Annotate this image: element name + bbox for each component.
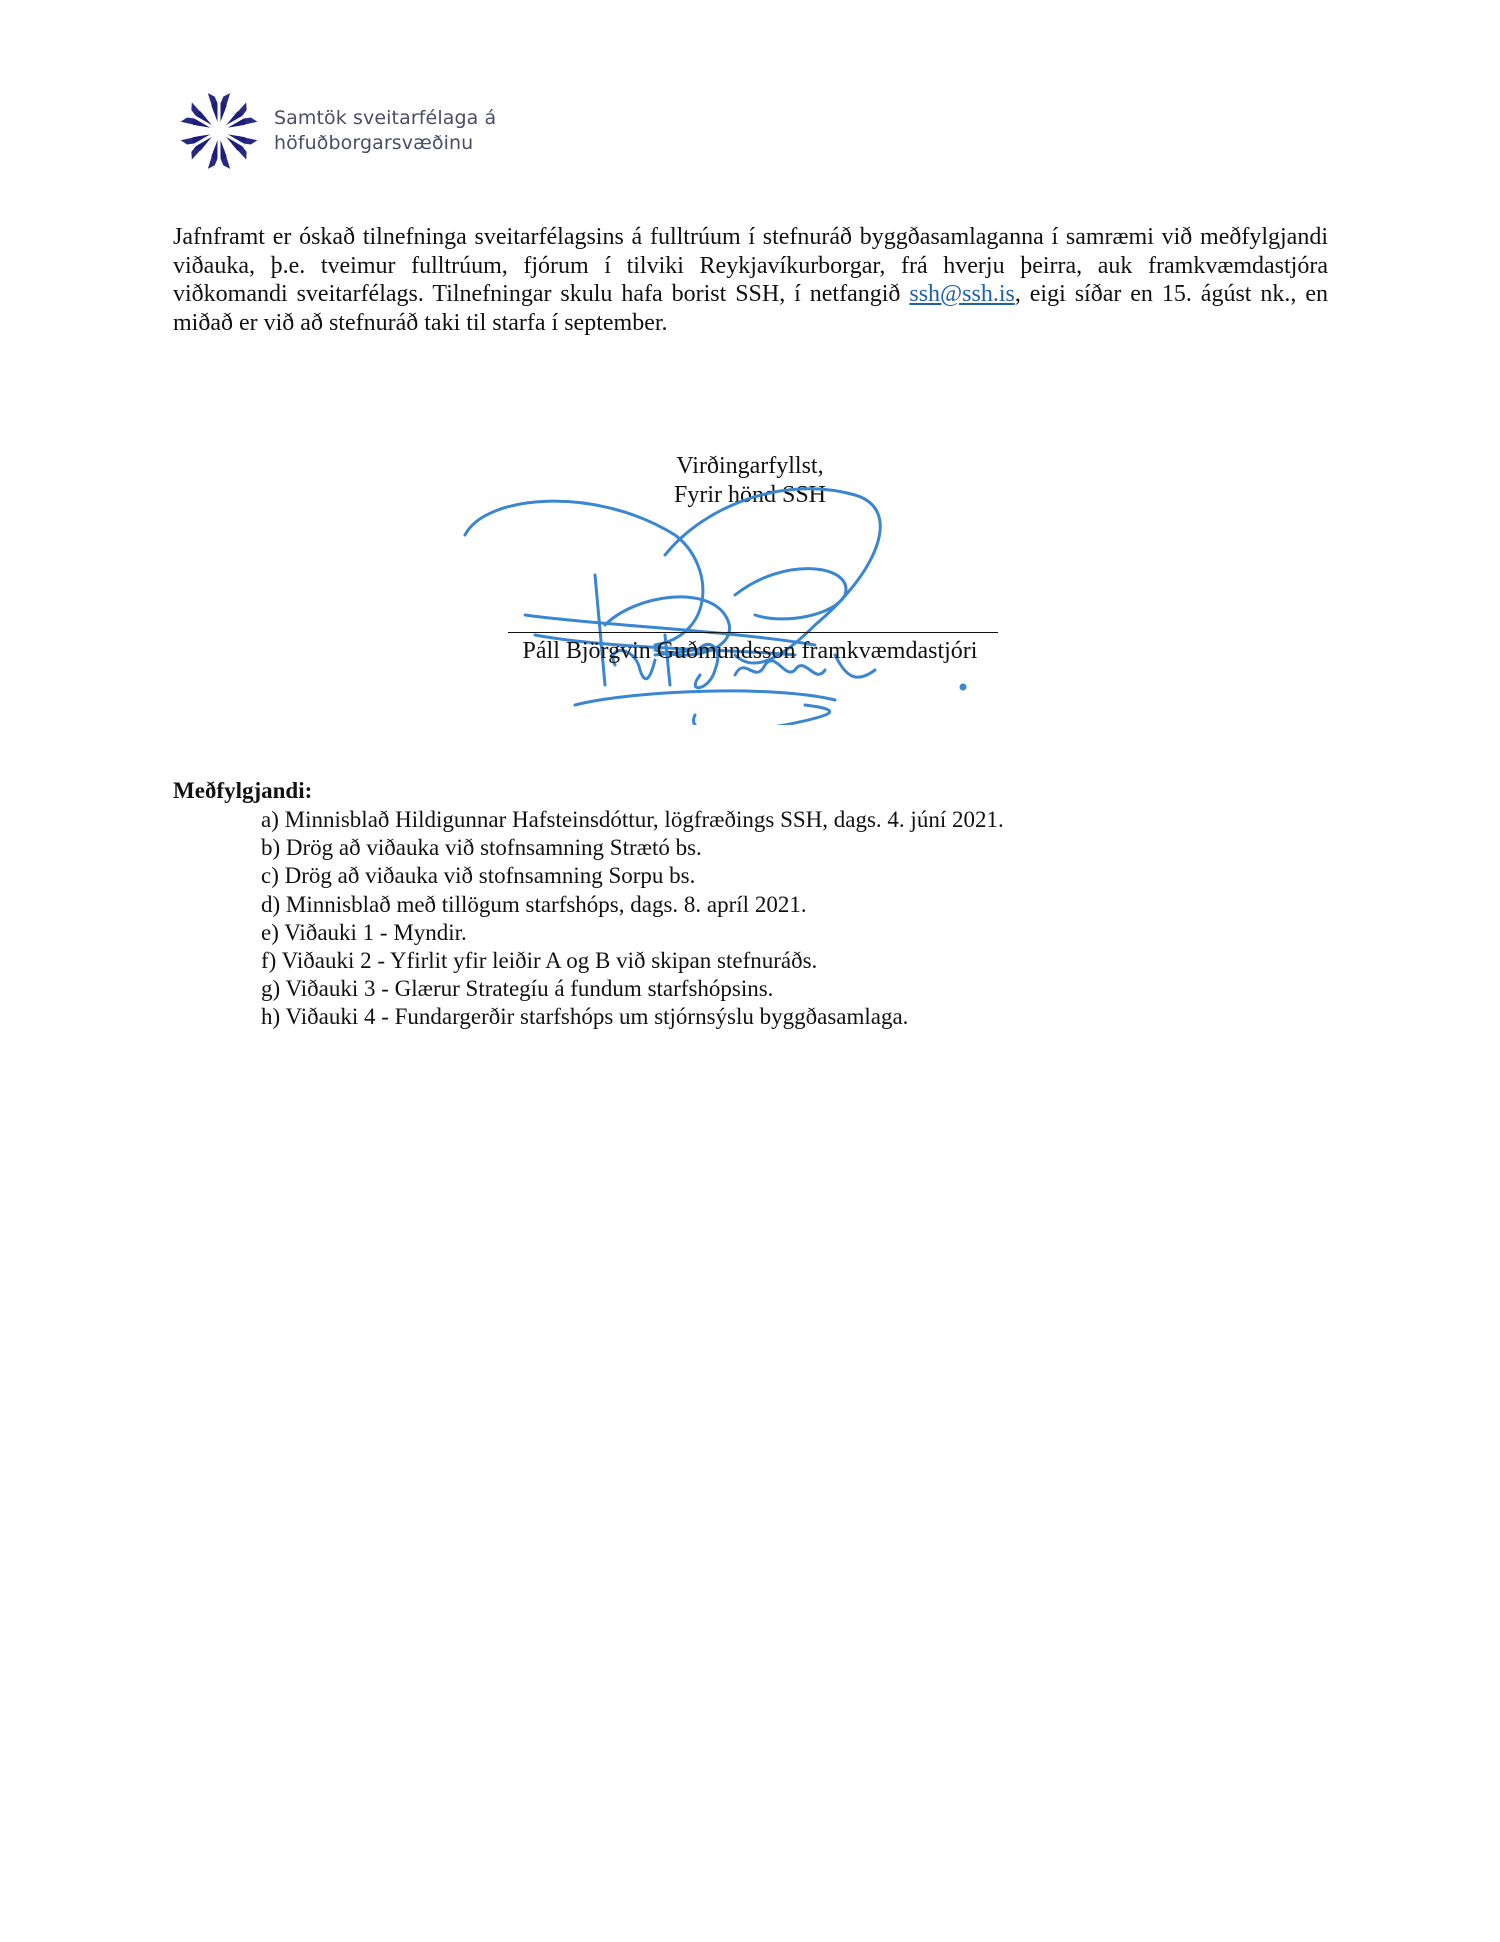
enclosure-item: b) Drög að viðauka við stofnsamning Stræ… xyxy=(261,834,1004,862)
enclosure-item: a) Minnisblað Hildigunnar Hafsteinsdóttu… xyxy=(261,806,1004,834)
signature-line xyxy=(508,632,998,633)
signatory-name: Páll Björgvin Guðmundsson framkvæmdastjó… xyxy=(0,637,1500,666)
logo-line-1: Samtök sveitarfélaga á xyxy=(274,106,496,131)
enclosures-title: Meðfylgjandi: xyxy=(173,778,312,804)
enclosures-list: a) Minnisblað Hildigunnar Hafsteinsdóttu… xyxy=(261,806,1004,1032)
organization-logo: Samtök sveitarfélaga á höfuðborgarsvæðin… xyxy=(176,88,496,174)
body-paragraph: Jafnframt er óskað tilnefninga sveitarfé… xyxy=(173,223,1328,337)
snowflake-star-icon xyxy=(176,88,262,174)
logo-text: Samtök sveitarfélaga á höfuðborgarsvæðin… xyxy=(274,106,496,156)
email-link[interactable]: ssh@ssh.is xyxy=(909,281,1014,307)
enclosure-item: g) Viðauki 3 - Glærur Strategíu á fundum… xyxy=(261,975,1004,1003)
on-behalf-text: Fyrir hönd SSH xyxy=(0,481,1500,510)
enclosure-item: f) Viðauki 2 - Yfirlit yfir leiðir A og … xyxy=(261,947,1004,975)
enclosure-item: h) Viðauki 4 - Fundargerðir starfshóps u… xyxy=(261,1003,1004,1031)
logo-line-2: höfuðborgarsvæðinu xyxy=(274,131,496,156)
salutation: Virðingarfyllst, xyxy=(0,452,1500,481)
enclosure-item: e) Viðauki 1 - Myndir. xyxy=(261,919,1004,947)
handwritten-signature xyxy=(455,475,995,725)
enclosure-item: d) Minnisblað með tillögum starfshóps, d… xyxy=(261,891,1004,919)
enclosure-item: c) Drög að viðauka við stofnsamning Sorp… xyxy=(261,862,1004,890)
